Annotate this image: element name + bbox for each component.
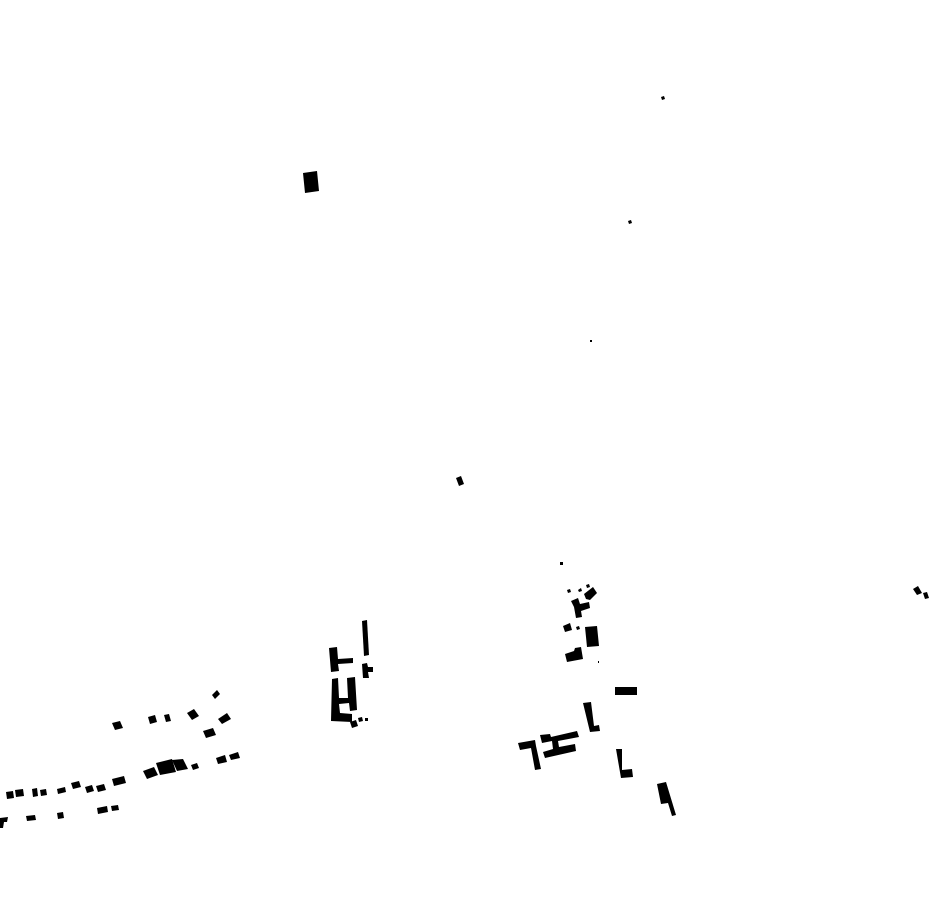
building-sw — [32, 788, 38, 797]
building-sw — [15, 789, 24, 797]
building-se — [615, 687, 637, 695]
building-point — [598, 661, 599, 663]
building-sw — [40, 789, 47, 796]
building-sw — [111, 805, 119, 811]
building-point — [590, 340, 592, 342]
building-sw — [57, 812, 64, 819]
building-footprint-map — [0, 0, 930, 924]
building-complex — [365, 718, 368, 721]
building-sw — [6, 791, 14, 799]
building-sw — [26, 815, 36, 821]
building-point — [560, 562, 563, 565]
building-ec — [585, 626, 599, 647]
map-background — [0, 0, 930, 924]
building-north-large — [303, 171, 319, 193]
